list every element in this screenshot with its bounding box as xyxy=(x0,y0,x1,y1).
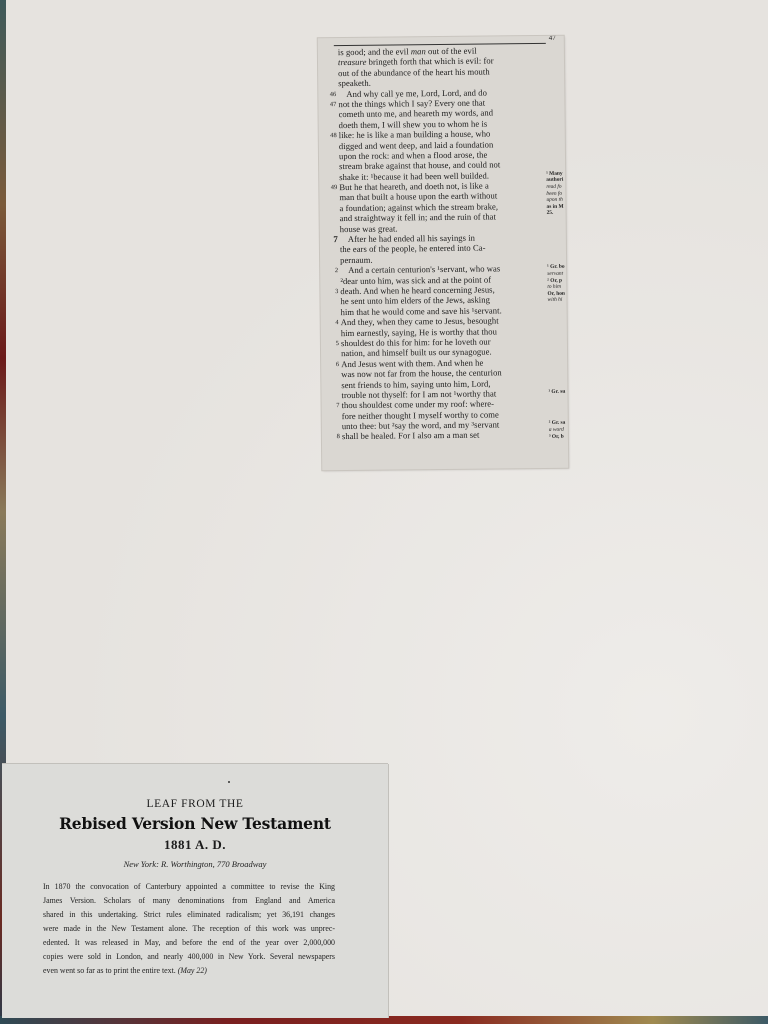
margin-note: ¹ Gr. su xyxy=(548,389,568,396)
verse-text: house was great. xyxy=(340,223,398,234)
margin-note: ² Gr. saa word³ Or, b xyxy=(549,420,568,440)
verse-number: 8 xyxy=(328,433,340,444)
verse-text: shall be healed. For I also am a man set xyxy=(342,430,480,442)
verse-text: speaketh. xyxy=(338,78,371,89)
card-publisher: New York: R. Worthington, 770 Broadway xyxy=(2,859,388,869)
margin-note: ¹ Manyauthoriread fobeen foupon thas in … xyxy=(546,170,568,216)
verse-line: 8shall be healed. For I also am a man se… xyxy=(328,429,546,442)
description-line: copies were sold in London, and nearly 4… xyxy=(43,950,335,964)
description-line: even went so far as to print the entire … xyxy=(43,964,335,978)
card-description: In 1870 the convocation of Canterbury ap… xyxy=(43,880,335,978)
margin-note: ¹ Gr. boservant² Or, pto himOr, honwith … xyxy=(547,264,568,304)
description-line: In 1870 the convocation of Canterbury ap… xyxy=(43,880,335,894)
caption-card: LEAF FROM THE Rebised Version New Testam… xyxy=(2,764,388,1018)
page-marker: 47 xyxy=(549,36,556,42)
card-title: Rebised Version New Testament xyxy=(2,814,388,833)
description-line: James Version. Scholars of many denomina… xyxy=(43,894,335,908)
bible-leaf: 47 is good; and the evil man out of the … xyxy=(318,36,569,471)
verse-number: 7 xyxy=(326,234,338,245)
speck xyxy=(228,781,230,783)
scripture-text: is good; and the evil man out of the evi… xyxy=(324,45,546,442)
description-line: were made in the New Testament alone. Th… xyxy=(43,922,335,936)
description-line: shared in this undertaking. Strict rules… xyxy=(43,908,335,922)
card-eyebrow: LEAF FROM THE xyxy=(2,798,388,810)
date-note: (May 22) xyxy=(176,966,207,975)
card-year: 1881 A. D. xyxy=(2,837,388,853)
description-line: edented. It was released in May, and bef… xyxy=(43,936,335,950)
verse-text: pernaum. xyxy=(340,255,373,266)
